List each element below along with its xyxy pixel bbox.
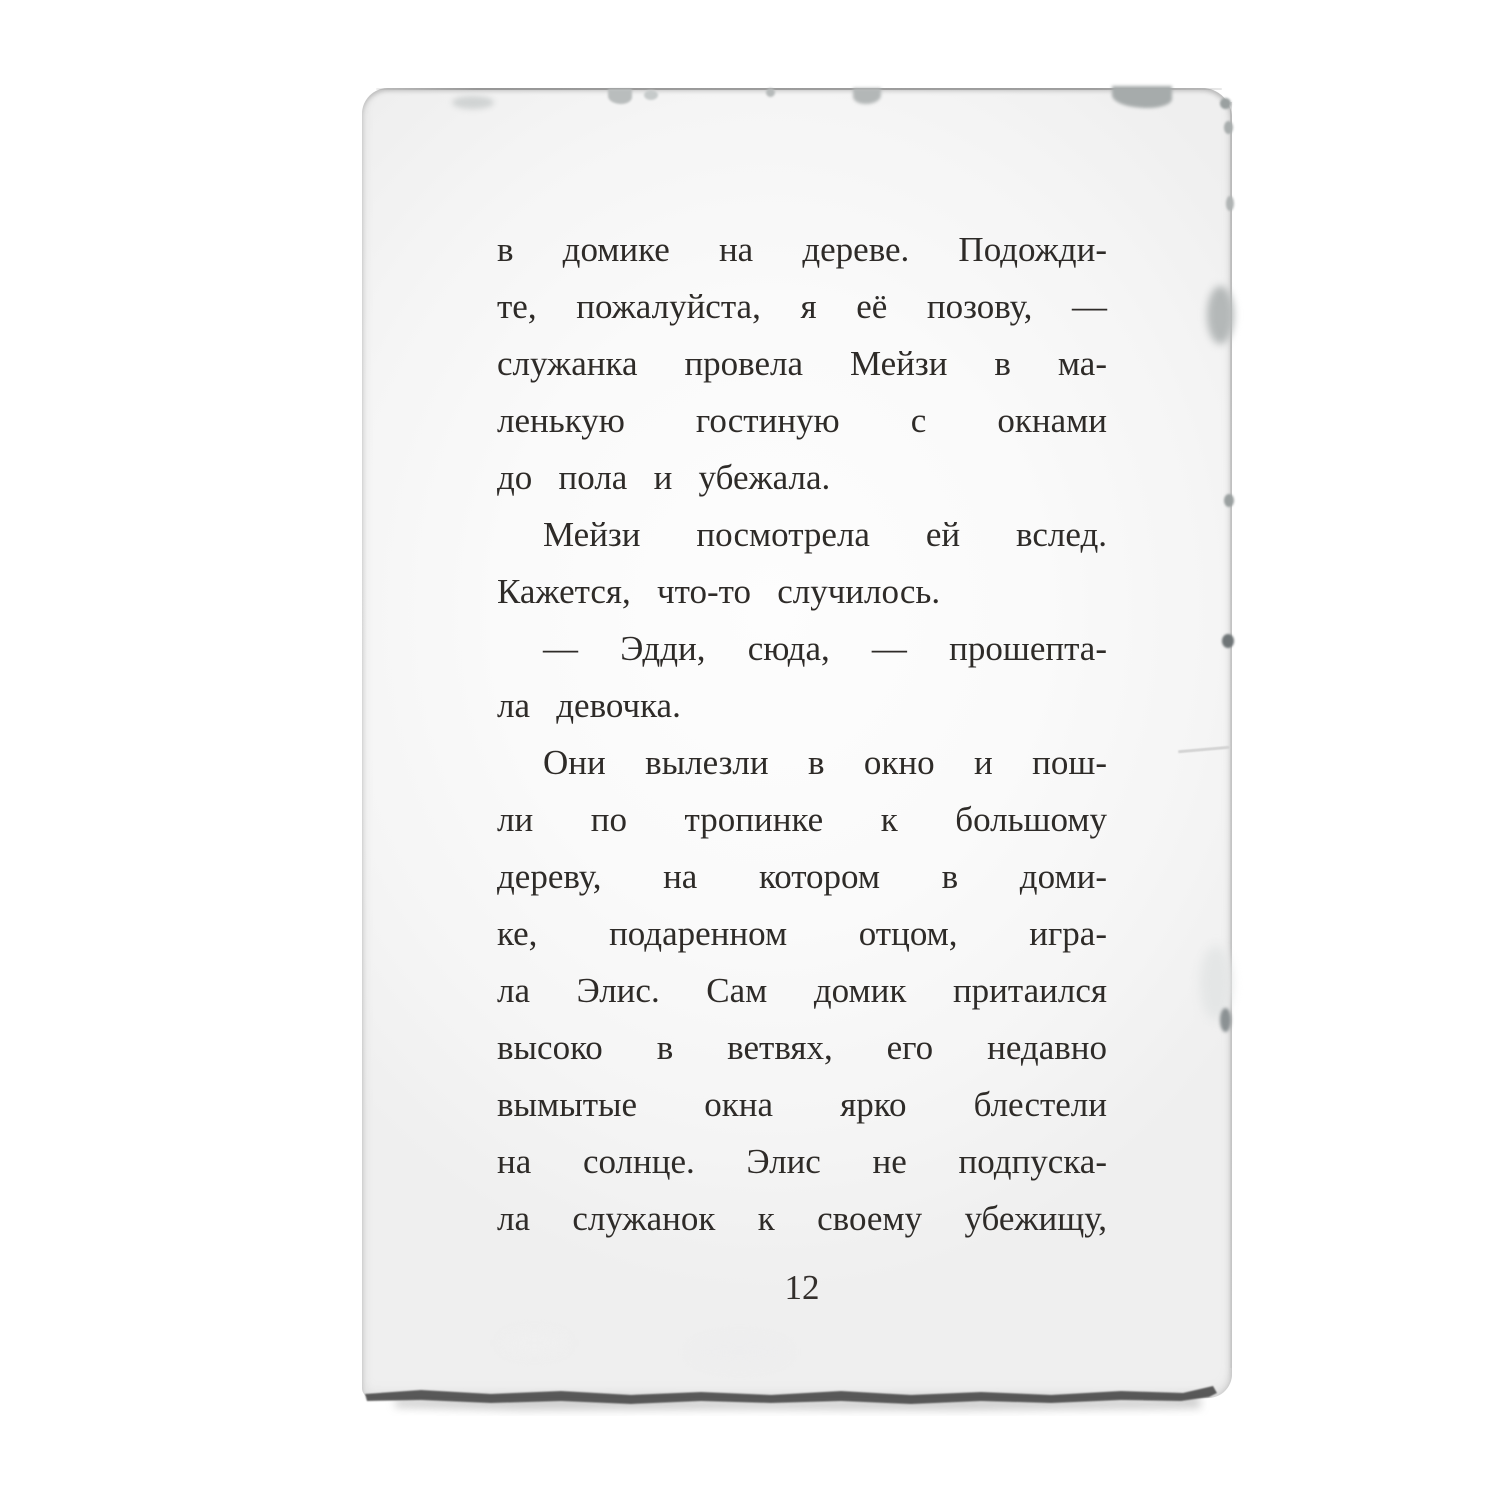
text-line: ла служанок к своему убежищу, (497, 1190, 1107, 1247)
text-line: ленькую гостиную с окнами (497, 392, 1107, 449)
text-line: ла Элис. Сам домик притаился (497, 962, 1107, 1019)
text-line: Они вылезли в окно и пош- (497, 734, 1107, 791)
paper-stain (1220, 1008, 1231, 1032)
paper-crease (1178, 746, 1230, 754)
paper-stain (1112, 86, 1172, 108)
paper-stain (1222, 634, 1234, 648)
text-line: дереву, на котором в доми- (497, 848, 1107, 905)
paper-stain (1207, 286, 1234, 344)
text-line: ла девочка. (497, 677, 1107, 734)
text-line: служанка провела Мейзи в ма- (497, 335, 1107, 392)
page-number: 12 (497, 1268, 1107, 1308)
paper-stain (608, 89, 632, 104)
paper-stain (1224, 121, 1233, 134)
scan-background: в домике на дереве. Подожди-те, пожалуйс… (0, 0, 1500, 1500)
page-top-edge (376, 88, 1222, 90)
paper-stain (692, 1338, 787, 1366)
book-page: в домике на дереве. Подожди-те, пожалуйс… (362, 88, 1232, 1398)
text-line: Мейзи посмотрела ей вслед. (497, 506, 1107, 563)
paper-stain (502, 1332, 567, 1354)
text-line: вымытые окна ярко блестели (497, 1076, 1107, 1133)
paper-stain (644, 90, 658, 100)
text-line: — Эдди, сюда, — прошепта- (497, 620, 1107, 677)
text-line: в домике на дереве. Подожди- (497, 221, 1107, 278)
page-right-edge (1230, 102, 1232, 1368)
text-lines: в домике на дереве. Подожди-те, пожалуйс… (497, 221, 1107, 1247)
paper-stain (1224, 494, 1234, 507)
paper-stain (452, 96, 494, 109)
text-line: ли по тропинке к большому (497, 791, 1107, 848)
text-line: Кажется, что-то случилось. (497, 563, 1107, 620)
text-line: те, пожалуйста, я её позову, — (497, 278, 1107, 335)
text-line: на солнце. Элис не подпуска- (497, 1133, 1107, 1190)
text-line: до пола и убежала. (497, 449, 1107, 506)
paper-stain (1220, 98, 1231, 109)
text-line: ке, подаренном отцом, игра- (497, 905, 1107, 962)
torn-bottom-edge (361, 1372, 1233, 1416)
paper-stain (853, 88, 881, 104)
paper-stain (766, 88, 775, 97)
paper-stain (1226, 196, 1234, 211)
text-line: высоко в ветвях, его недавно (497, 1019, 1107, 1076)
